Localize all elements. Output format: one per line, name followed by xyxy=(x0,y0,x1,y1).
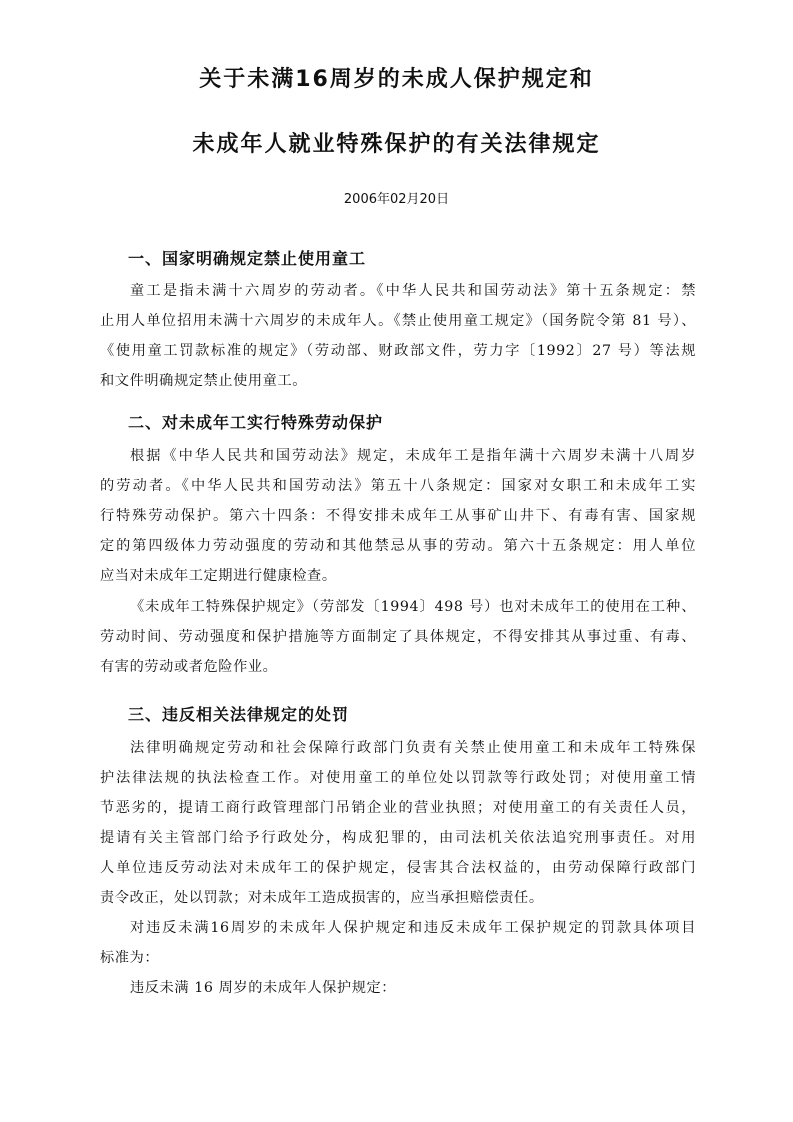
paragraph-line: 童工是指未满十六周岁的劳动者。《中华人民共和国劳动法》第十五条规定：禁 xyxy=(100,276,696,306)
paragraph-line: 定的第四级体力劳动强度的劳动和其他禁忌从事的劳动。第六十五条规定：用人单位 xyxy=(100,531,696,561)
paragraph-line: 护法律法规的执法检查工作。对使用童工的单位处以罚款等行政处罚；对使用童工情 xyxy=(100,763,696,793)
paragraph-line: 责令改正，处以罚款；对未成年工造成损害的，应当承担赔偿责任。 xyxy=(100,883,696,913)
paragraph-line: 根据《中华人民共和国劳动法》规定，未成年工是指年满十六周岁未满十八周岁 xyxy=(100,441,696,471)
document-title-line2: 未成年人就业特殊保护的有关法律规定 xyxy=(0,127,793,158)
paragraph-line: 对违反未满16周岁的未成年人保护规定和违反未成年工保护规定的罚款具体项目 xyxy=(100,913,696,943)
paragraph-line: 人单位违反劳动法对未成年工的保护规定，侵害其合法权益的，由劳动保障行政部门 xyxy=(100,853,696,883)
paragraph-line: 提请有关主管部门给予行政处分，构成犯罪的，由司法机关依法追究刑事责任。对用 xyxy=(100,823,696,853)
paragraph-line: 劳动时间、劳动强度和保护措施等方面制定了具体规定，不得安排其从事过重、有毒、 xyxy=(100,622,696,652)
document-title-line1: 关于未满16周岁的未成人保护规定和 xyxy=(0,62,793,93)
section-3-paragraph-1: 法律明确规定劳动和社会保障行政部门负责有关禁止使用童工和未成年工特殊保 护法律法… xyxy=(100,733,696,913)
paragraph-line: 《使用童工罚款标准的规定》（劳动部、财政部文件，劳力字〔1992〕27 号）等法… xyxy=(100,336,696,366)
section-3-paragraph-3: 违反未满 16 周岁的未成年人保护规定： xyxy=(100,973,696,1003)
paragraph-line: 有害的劳动或者危险作业。 xyxy=(100,652,696,682)
paragraph-line: 的劳动者。《中华人民共和国劳动法》第五十八条规定：国家对女职工和未成年工实 xyxy=(100,471,696,501)
paragraph-line: 节恶劣的，提请工商行政管理部门吊销企业的营业执照；对使用童工的有关责任人员， xyxy=(100,793,696,823)
paragraph-line: 《未成年工特殊保护规定》（劳部发〔1994〕498 号）也对未成年工的使用在工种… xyxy=(100,592,696,622)
paragraph-line: 止用人单位招用未满十六周岁的未成年人。《禁止使用童工规定》（国务院令第 81 号… xyxy=(100,306,696,336)
paragraph-line: 应当对未成年工定期进行健康检查。 xyxy=(100,561,696,591)
document-date: 2006年02月20日 xyxy=(0,188,793,207)
document-page: 关于未满16周岁的未成人保护规定和 未成年人就业特殊保护的有关法律规定 2006… xyxy=(0,0,793,1122)
section-2-paragraph-2: 《未成年工特殊保护规定》（劳部发〔1994〕498 号）也对未成年工的使用在工种… xyxy=(100,592,696,682)
section-heading-3: 三、违反相关法律规定的处罚 xyxy=(128,702,349,725)
paragraph-line: 和文件明确规定禁止使用童工。 xyxy=(100,366,696,396)
paragraph-line: 法律明确规定劳动和社会保障行政部门负责有关禁止使用童工和未成年工特殊保 xyxy=(100,733,696,763)
paragraph-line: 违反未满 16 周岁的未成年人保护规定： xyxy=(100,973,696,1003)
section-2-paragraph-1: 根据《中华人民共和国劳动法》规定，未成年工是指年满十六周岁未满十八周岁 的劳动者… xyxy=(100,441,696,591)
section-heading-2: 二、对未成年工实行特殊劳动保护 xyxy=(128,410,383,433)
section-heading-1: 一、国家明确规定禁止使用童工 xyxy=(128,246,366,269)
paragraph-line: 行特殊劳动保护。第六十四条：不得安排未成年工从事矿山井下、有毒有害、国家规 xyxy=(100,501,696,531)
paragraph-line: 标准为： xyxy=(100,943,696,973)
section-1-paragraph-1: 童工是指未满十六周岁的劳动者。《中华人民共和国劳动法》第十五条规定：禁 止用人单… xyxy=(100,276,696,396)
section-3-paragraph-2: 对违反未满16周岁的未成年人保护规定和违反未成年工保护规定的罚款具体项目 标准为… xyxy=(100,913,696,973)
